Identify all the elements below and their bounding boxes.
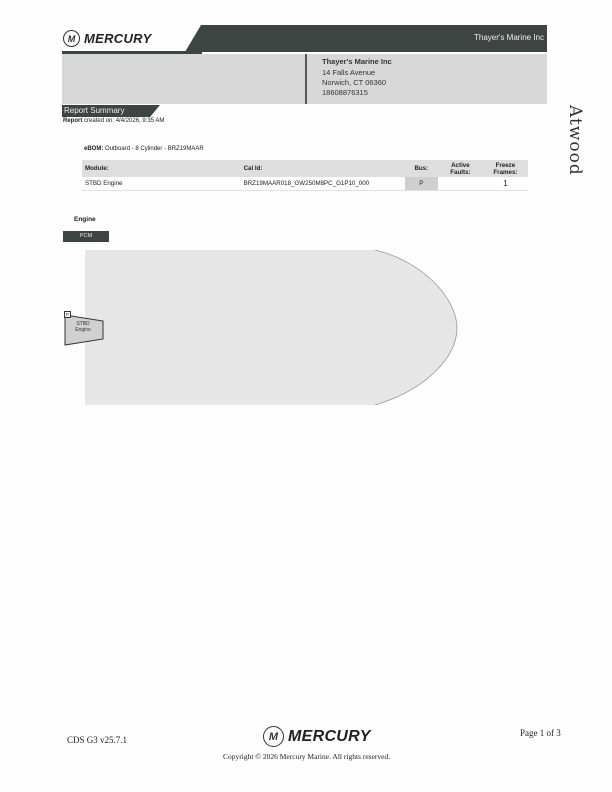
boat-diagram xyxy=(85,250,460,405)
dealer-name: Thayer's Marine Inc xyxy=(322,57,392,67)
mercury-logo-icon: M xyxy=(263,726,284,747)
software-version: CDS G3 v25.7.1 xyxy=(67,735,127,745)
ebom-label: eBOM: xyxy=(84,146,103,152)
mercury-logo: M MERCURY xyxy=(63,30,152,47)
pcm-button[interactable]: PCM xyxy=(63,231,109,242)
col-freeze-frames: Freeze Frames: xyxy=(483,160,528,177)
report-created-date: created on: 4/4/2026, 9:35 AM xyxy=(84,118,164,124)
page-number: Page 1 of 3 xyxy=(520,728,561,738)
header-vertical-divider xyxy=(305,54,307,104)
report-created-label: Report xyxy=(63,118,82,124)
report-created: Report created on: 4/4/2026, 9:35 AM xyxy=(63,118,164,124)
cell-active-faults xyxy=(438,177,483,191)
footer-brand-name: MERCURY xyxy=(288,728,371,746)
bus-badge: P xyxy=(64,311,71,318)
cell-module: STBD Engine xyxy=(82,177,241,191)
engine-section-title: Engine xyxy=(74,216,96,223)
col-active-faults: Active Faults: xyxy=(438,160,483,177)
dealer-address: Thayer's Marine Inc 14 Falls Avenue Norw… xyxy=(322,57,392,98)
mercury-logo-icon: M xyxy=(63,30,80,47)
cell-freeze-frames: 1 xyxy=(483,177,528,191)
stbd-engine-label: STBD Engine xyxy=(71,321,95,333)
cell-cal-id: BRZ19MAAR018_GW250M8PC_G1P10_000 xyxy=(241,177,405,191)
copyright: Copyright © 2026 Mercury Marine. All rig… xyxy=(223,752,390,761)
handwritten-note: Atwood xyxy=(565,105,585,176)
cell-bus: P xyxy=(405,177,438,191)
dealer-street: 14 Falls Avenue xyxy=(322,68,392,78)
header-dealer-name: Thayer's Marine Inc xyxy=(474,33,544,42)
ebom-line: eBOM: Outboard - 8 Cylinder - BRZ19MAAR xyxy=(84,146,204,152)
table-row[interactable]: STBD Engine BRZ19MAAR018_GW250M8PC_G1P10… xyxy=(82,177,528,191)
col-module: Module: xyxy=(82,160,241,177)
table-header-row: Module: Cal Id: Bus: Active Faults: Free… xyxy=(82,160,528,177)
ebom-value: Outboard - 8 Cylinder - BRZ19MAAR xyxy=(105,146,204,152)
col-bus: Bus: xyxy=(405,160,438,177)
report-summary-title: Report Summary xyxy=(62,105,160,117)
dealer-phone: 18608876315 xyxy=(322,88,392,98)
col-cal-id: Cal Id: xyxy=(241,160,405,177)
brand-name: MERCURY xyxy=(84,31,152,46)
modules-table: Module: Cal Id: Bus: Active Faults: Free… xyxy=(82,160,528,191)
dealer-city: Norwich, CT 06360 xyxy=(322,78,392,88)
footer-mercury-logo: M MERCURY xyxy=(263,726,371,747)
